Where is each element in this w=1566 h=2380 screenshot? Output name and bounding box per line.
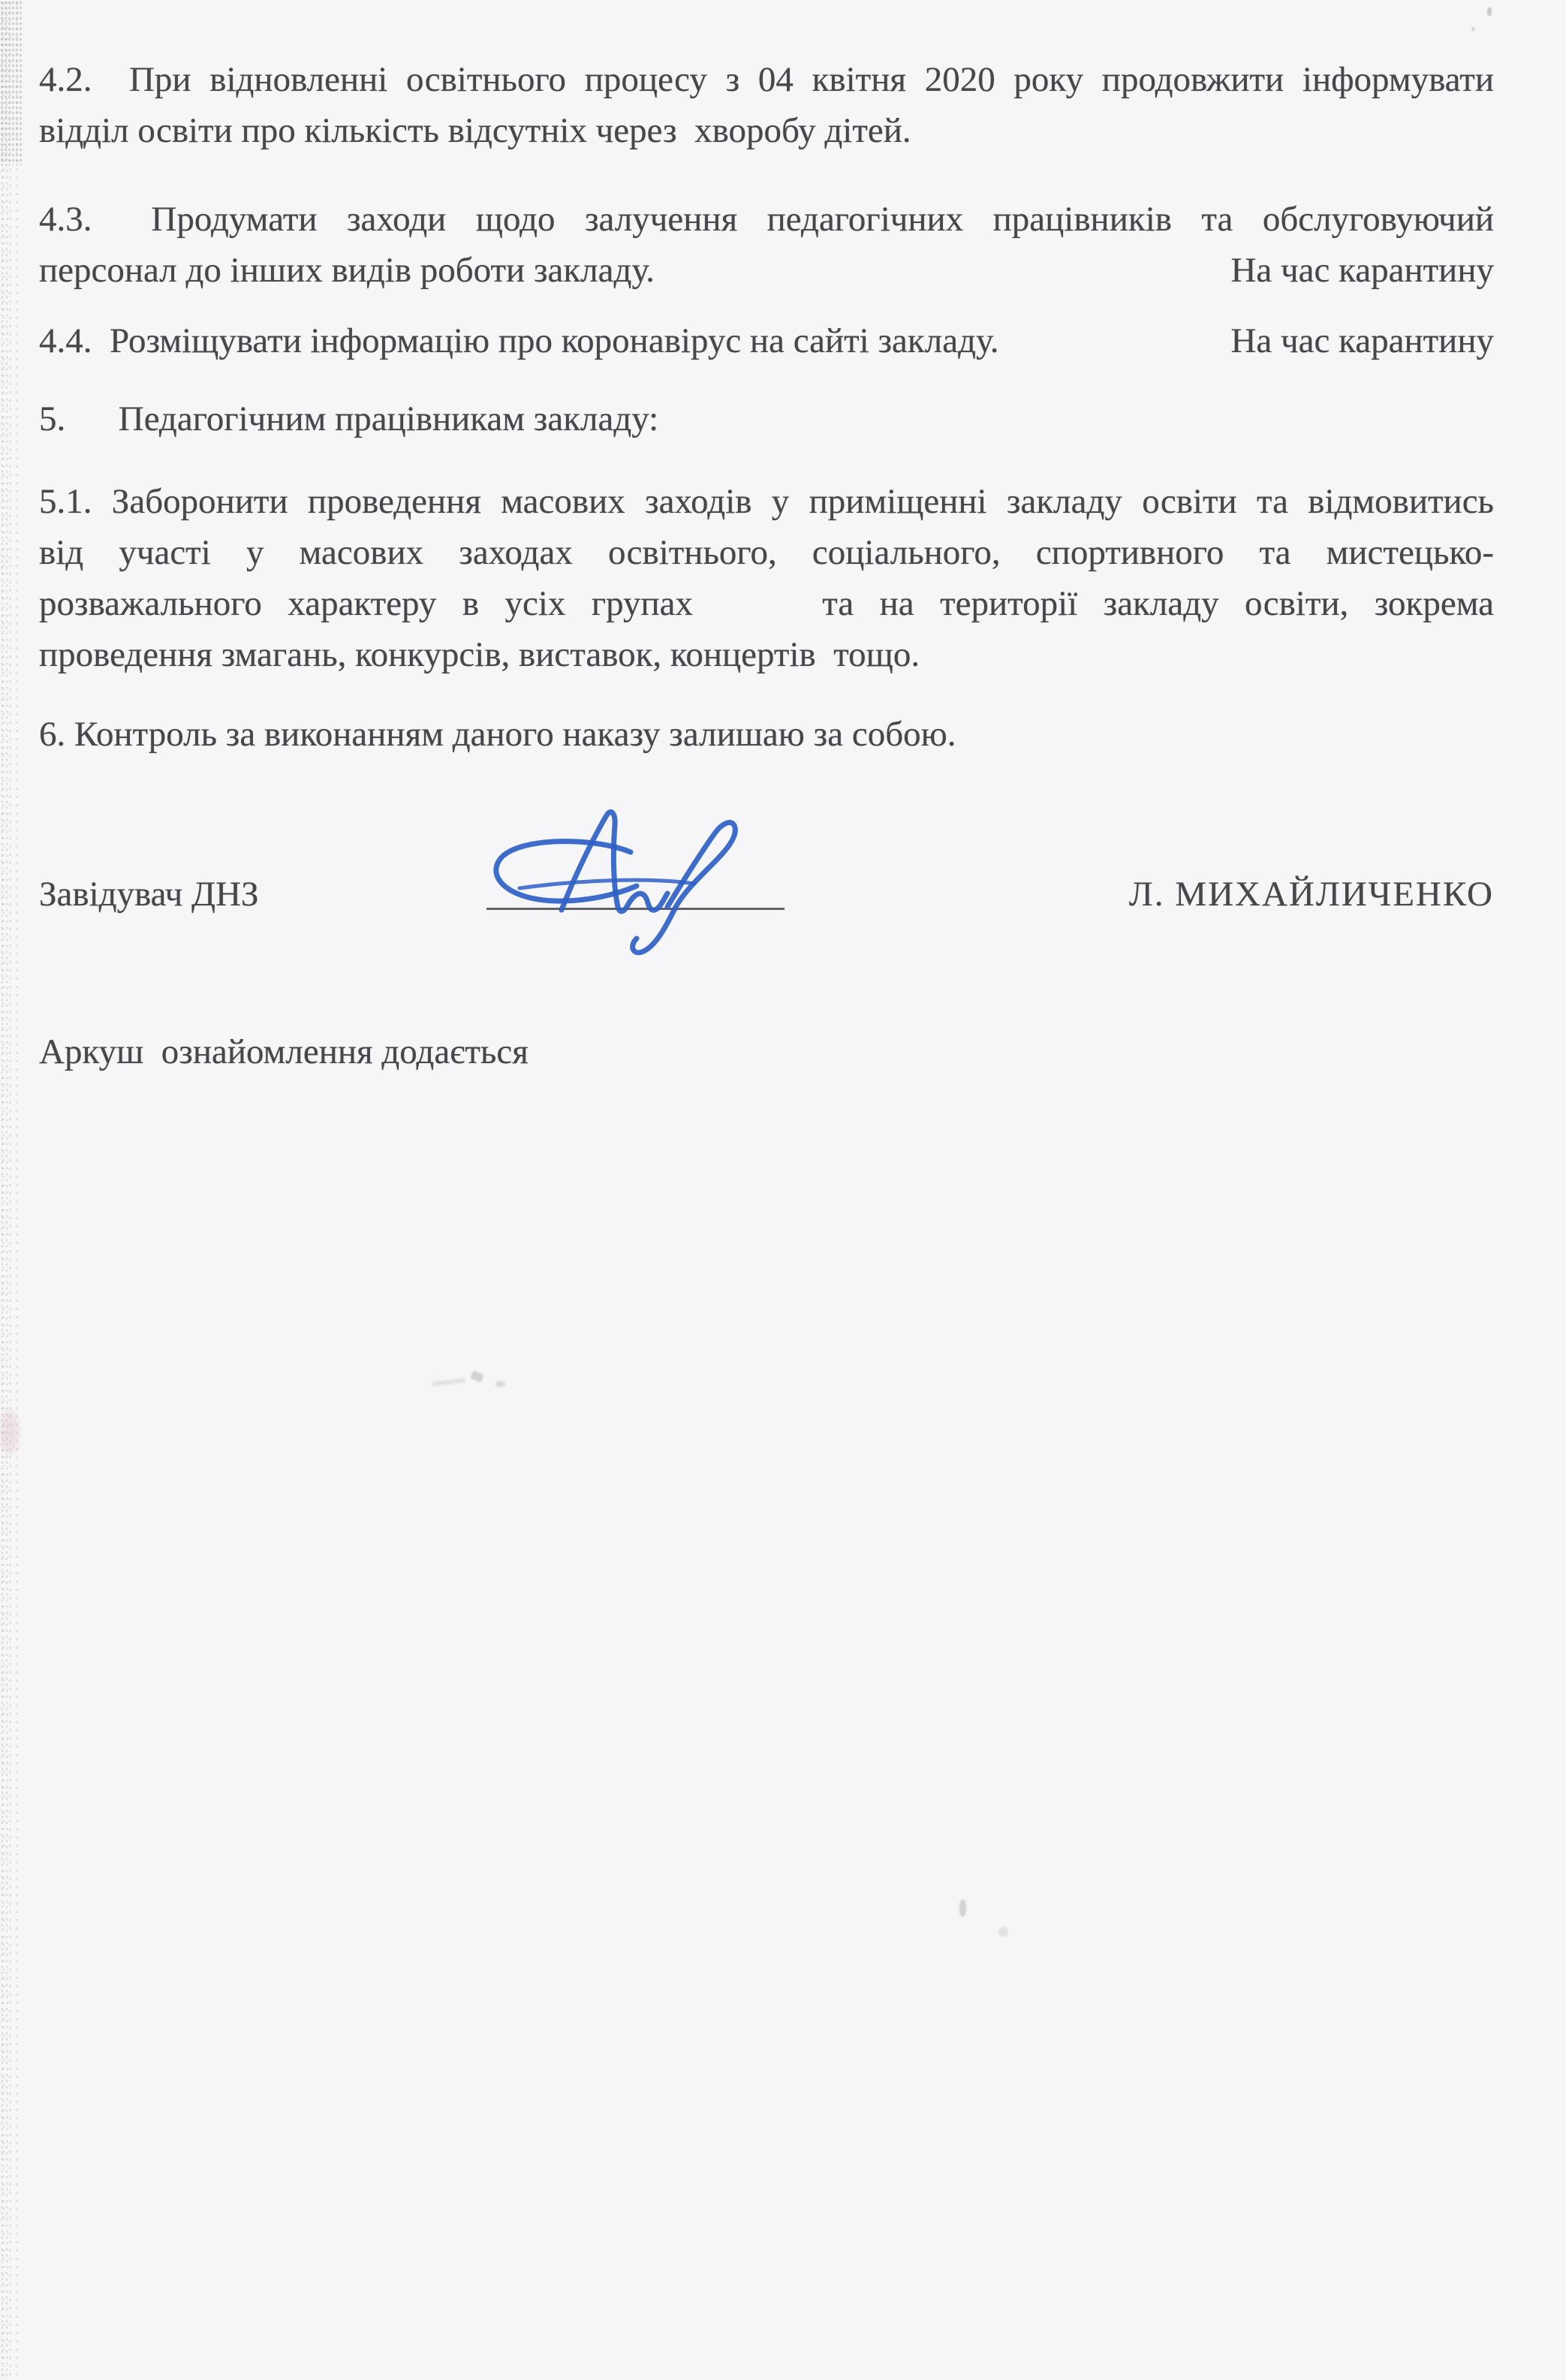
scanned-document-page: 4.2. При відновленні освітнього процесу …	[0, 0, 1566, 2380]
scan-speck	[959, 1899, 966, 1917]
doc-line-5-1-4: проведення змагань, конкурсів, виставок,…	[39, 629, 1494, 680]
scan-speck	[1487, 8, 1492, 16]
doc-line-4-4-1: 4.4. Розміщувати інформацію про коронаві…	[39, 315, 1494, 366]
scan-edge-corner-noise	[0, 0, 23, 165]
signature-stroke	[633, 823, 736, 953]
doc-line-4-2-2: відділ освіти про кількість відсутніх че…	[39, 105, 1494, 156]
doc-line-4-3-2-text: персонал до інших видів роботи закладу.	[39, 245, 655, 296]
doc-line-4-4-1-text: 4.4. Розміщувати інформацію про коронаві…	[39, 315, 999, 366]
scan-speck	[1471, 27, 1475, 32]
scan-speck	[998, 1927, 1008, 1937]
quarantine-note: На час карантину	[1230, 315, 1494, 366]
doc-line-5-1-1: 5.1. Заборонити проведення масових заход…	[39, 476, 1494, 527]
footer-note: Аркуш ознайомлення додається	[39, 1026, 1494, 1077]
signature-stroke	[562, 812, 667, 911]
doc-line-4-3-1: 4.3. Продумати заходи щодо залучення пед…	[39, 194, 1494, 245]
signatory-name: Л. МИХАЙЛИЧЕНКО	[1129, 869, 1494, 920]
scan-edge-noise	[0, 0, 11, 2380]
doc-line-5: 5. Педагогічним працівникам закладу:	[39, 393, 1494, 444]
doc-line-5-1-2: від участі у масових заходах освітнього,…	[39, 527, 1494, 578]
quarantine-note: На час карантину	[1230, 245, 1494, 296]
scan-smudge	[432, 1378, 466, 1387]
signature	[450, 781, 781, 961]
scan-smudge	[470, 1371, 483, 1383]
scan-smudge	[495, 1381, 505, 1387]
doc-line-4-2-1: 4.2. При відновленні освітнього процесу …	[39, 54, 1494, 105]
doc-line-6: 6. Контроль за виконанням даного наказу …	[39, 709, 1494, 760]
signature-stroke	[519, 880, 694, 888]
doc-line-5-1-3: розважального характеру в усіх групах та…	[39, 578, 1494, 629]
signature-label: Завідувач ДНЗ	[39, 869, 259, 920]
doc-line-4-3-2: персонал до інших видів роботи закладу. …	[39, 245, 1494, 296]
scan-pink-mark	[0, 1410, 20, 1455]
